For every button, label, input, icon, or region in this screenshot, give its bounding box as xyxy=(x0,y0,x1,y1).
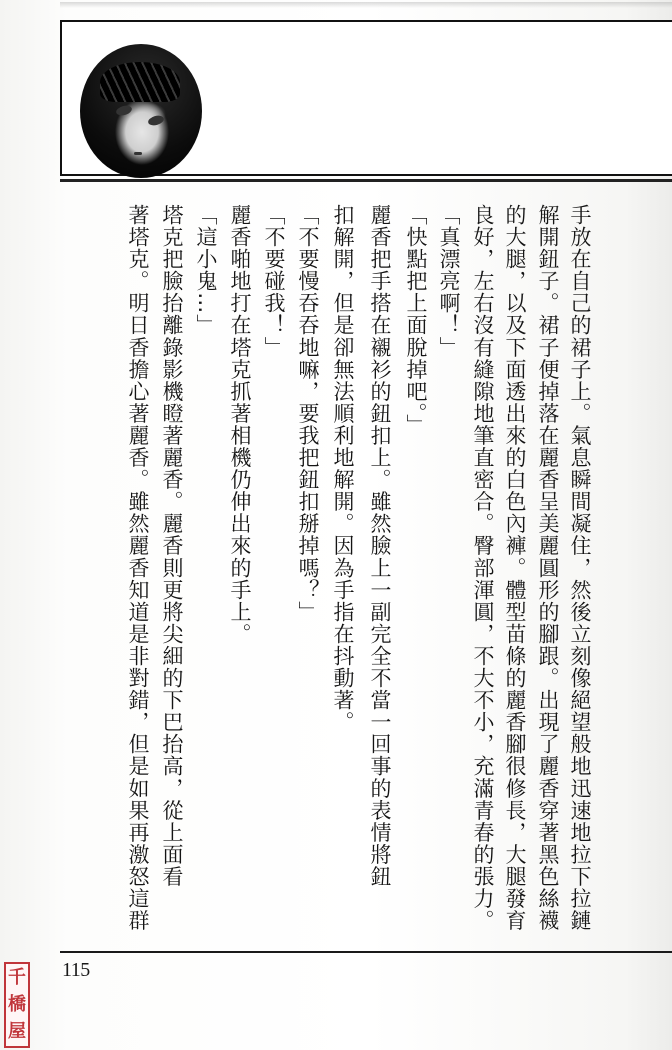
text-column-13: 塔克把臉抬離錄影機瞪著麗香。麗香則更將尖細的下巴抬高，從上面看 xyxy=(159,204,185,888)
text-column-8: 扣解開，但是卻無法順利地解開。因為手指在抖動著。 xyxy=(330,204,356,733)
body-text: 手放在自己的裙子上。氣息瞬間凝住，然後立刻像絕望般地迅速地拉下拉鏈 解開鈕子。裙… xyxy=(0,0,672,1050)
footer-rule xyxy=(60,951,672,953)
text-column-1: 手放在自己的裙子上。氣息瞬間凝住，然後立刻像絕望般地迅速地拉下拉鏈 xyxy=(567,204,593,932)
seal-char-1: 千 xyxy=(8,968,26,988)
text-column-11: 麗香啪地打在塔克抓著相機仍伸出來的手上。 xyxy=(227,204,253,645)
dialogue-column-12: 「這小鬼…」 xyxy=(193,204,219,336)
seal-char-3: 屋 xyxy=(8,1022,26,1042)
page-number: 115 xyxy=(62,959,90,982)
text-column-7: 麗香把手搭在襯衫的鈕扣上。雖然臉上一副完全不當一回事的表情將鈕 xyxy=(367,204,393,888)
dialogue-column-9: 「不要慢吞吞地嘛，要我把鈕扣掰掉嗎？」 xyxy=(295,204,321,623)
seal-char-2: 橋 xyxy=(8,995,26,1015)
dialogue-column-10: 「不要碰我！」 xyxy=(261,204,287,358)
text-column-14: 著塔克。明日香擔心著麗香。雖然麗香知道是非對錯，但是如果再激怒這群 xyxy=(125,204,151,932)
scanlator-seal-stamp: 千 橋 屋 xyxy=(4,962,30,1048)
text-column-4: 良好，左右沒有縫隙地筆直密合。臀部渾圓，不大不小，充滿青春的張力。 xyxy=(470,204,496,932)
dialogue-column-5: 「真漂亮啊！」 xyxy=(436,204,462,358)
dialogue-column-6: 「快點把上面脫掉吧。」 xyxy=(403,204,429,436)
text-column-2: 解開鈕子。裙子便掉落在麗香呈美麗圓形的腳跟。出現了麗香穿著黑色絲襪 xyxy=(535,204,561,932)
text-column-3: 的大腿，以及下面透出來的白色內褲。體型苗條的麗香腳很修長，大腿發育 xyxy=(502,204,528,932)
